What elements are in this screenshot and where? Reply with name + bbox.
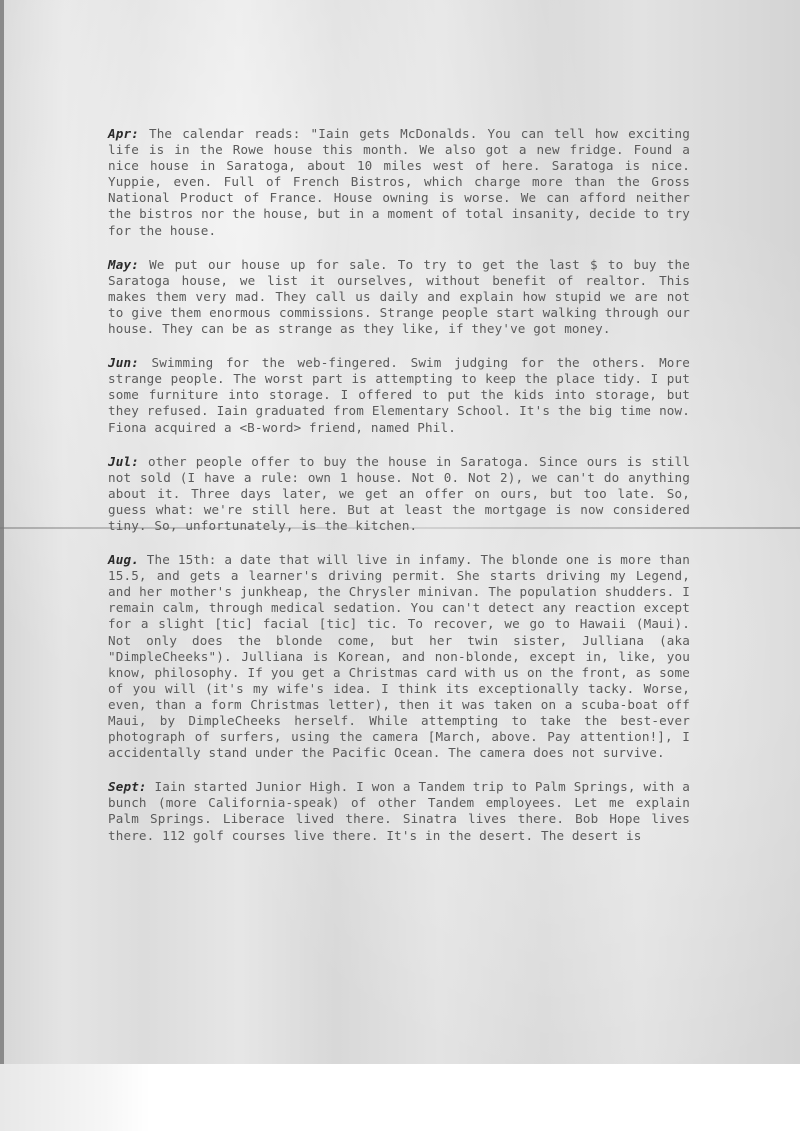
paragraph-june: Jun: Swimming for the web-fingered. Swim… xyxy=(108,355,690,435)
paragraph-july: Jul: other people offer to buy the house… xyxy=(108,454,690,534)
paragraph-april: Apr: The calendar reads: "Iain gets McDo… xyxy=(108,126,690,239)
paragraph-may: May: We put our house up for sale. To tr… xyxy=(108,257,690,337)
month-label: Aug. xyxy=(108,552,139,567)
paragraph-text: The calendar reads: "Iain gets McDonalds… xyxy=(108,126,690,238)
paragraph-text: We put our house up for sale. To try to … xyxy=(108,257,690,336)
paragraph-august: Aug. The 15th: a date that will live in … xyxy=(108,552,690,761)
month-label: Apr: xyxy=(108,126,139,141)
month-label: Sept: xyxy=(108,779,147,794)
paragraph-text: other people offer to buy the house in S… xyxy=(108,454,690,533)
scan-bottom-margin xyxy=(0,1064,800,1131)
paragraph-september: Sept: Iain started Junior High. I won a … xyxy=(108,779,690,843)
paragraph-text: Iain started Junior High. I won a Tandem… xyxy=(108,779,690,842)
month-label: Jul: xyxy=(108,454,139,469)
christmas-letter-body: Apr: The calendar reads: "Iain gets McDo… xyxy=(108,126,690,862)
month-label: May: xyxy=(108,257,139,272)
paragraph-text: The 15th: a date that will live in infam… xyxy=(108,552,690,760)
month-label: Jun: xyxy=(108,355,139,370)
paragraph-text: Swimming for the web-fingered. Swim judg… xyxy=(108,355,690,434)
